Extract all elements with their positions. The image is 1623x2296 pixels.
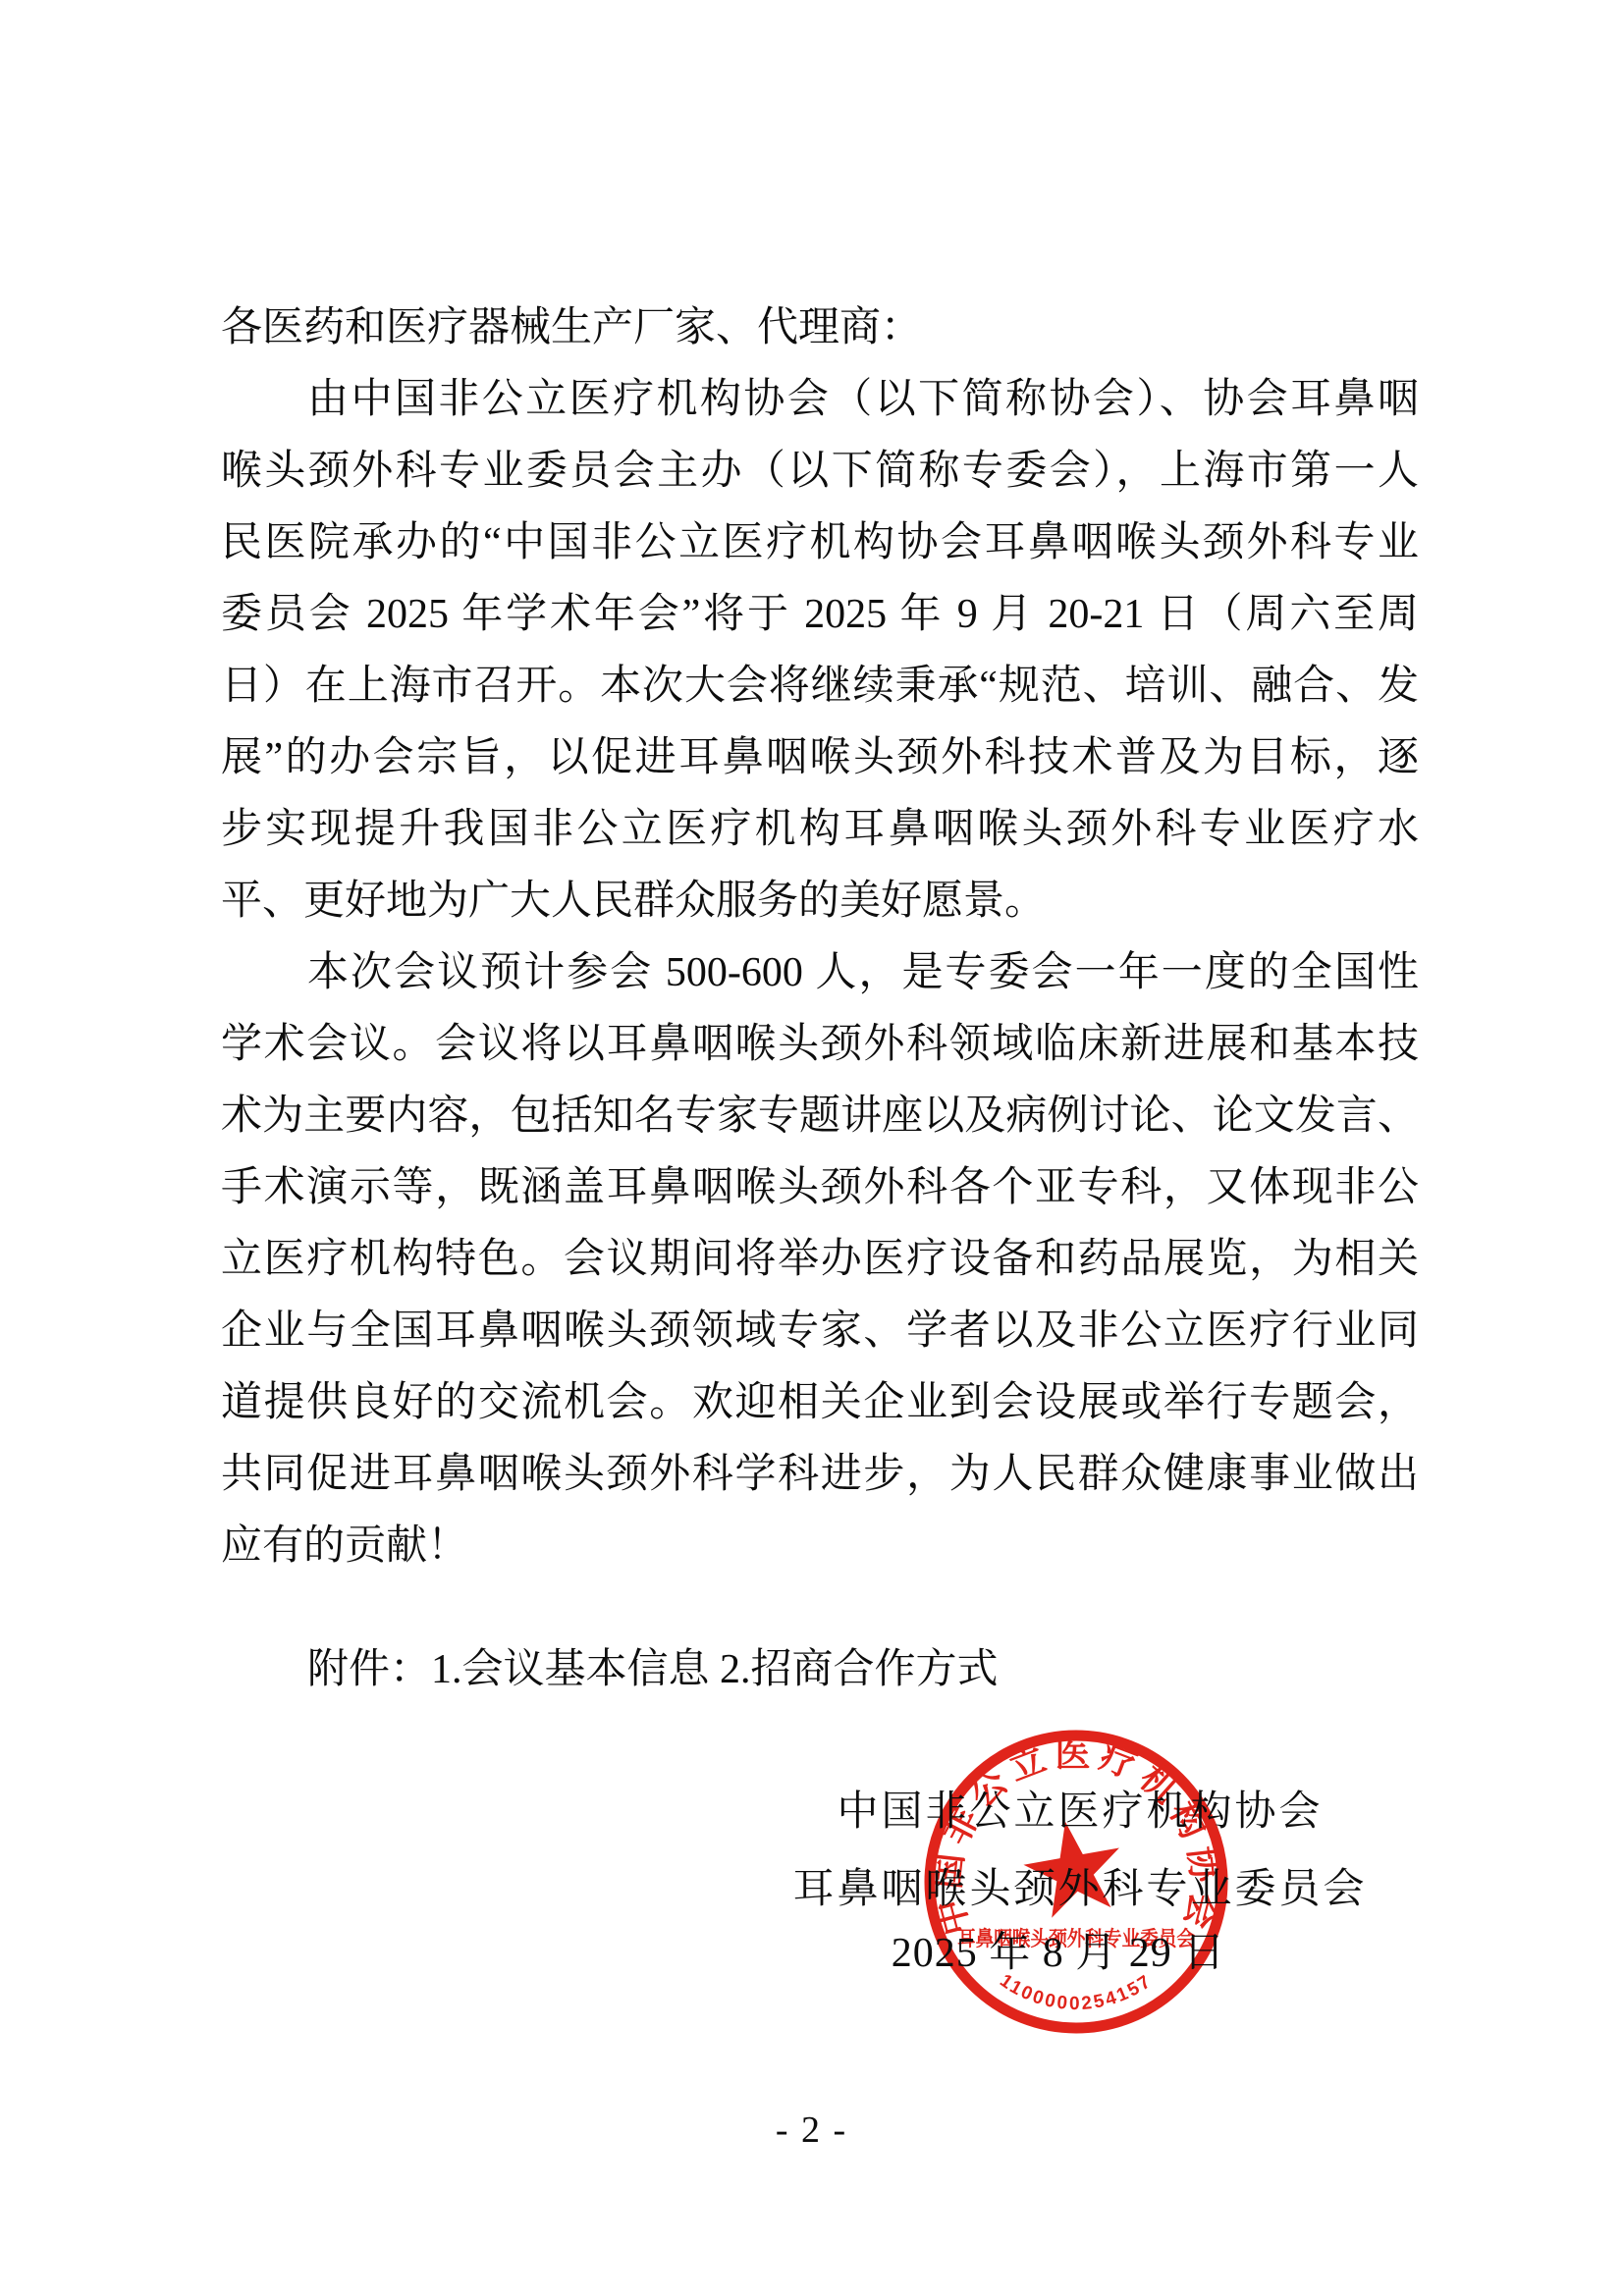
page-number: - 2 -	[0, 2109, 1623, 2152]
salutation: 各医药和医疗器械生产厂家、代理商：	[221, 293, 1419, 364]
body-line: 平、更好地为广大人民群众服务的美好愿景。	[221, 866, 1419, 937]
body-line: 立医疗机构特色。会议期间将举办医疗设备和药品展览，为相关	[221, 1224, 1419, 1296]
body-line: 学术会议。会议将以耳鼻咽喉头颈外科领域临床新进展和基本技	[221, 1009, 1419, 1081]
signature-org-line2: 耳鼻咽喉头颈外科专业委员会	[776, 1862, 1384, 1917]
body-line: 道提供良好的交流机会。欢迎相关企业到会设展或举行专题会，	[221, 1367, 1419, 1439]
body-line: 手术演示等，既涵盖耳鼻咽喉头颈外科各个亚专科，又体现非公	[221, 1152, 1419, 1224]
body-line: 应有的贡献！	[221, 1511, 1419, 1582]
body-line: 步实现提升我国非公立医疗机构耳鼻咽喉头颈外科专业医疗水	[221, 794, 1419, 866]
signature-date: 2025 年 8 月 29 日	[754, 1926, 1363, 1981]
signature-org-line1: 中国非公立医疗机构协会	[776, 1785, 1384, 1840]
body-line: 民医院承办的“中国非公立医疗机构协会耳鼻咽喉头颈外科专业	[221, 507, 1419, 579]
body-line: 由中国非公立医疗机构协会（以下简称协会）、协会耳鼻咽	[221, 364, 1419, 436]
letter-body: 各医药和医疗器械生产厂家、代理商： 由中国非公立医疗机构协会（以下简称协会）、协…	[221, 293, 1419, 1582]
body-line: 术为主要内容，包括知名专家专题讲座以及病例讨论、论文发言、	[221, 1081, 1419, 1152]
document-page: { "letter": { "lines": [ "各医药和医疗器械生产厂家、代…	[0, 0, 1623, 2296]
body-line: 委员会 2025 年学术年会”将于 2025 年 9 月 20-21 日（周六至…	[221, 579, 1419, 651]
body-line: 展”的办会宗旨，以促进耳鼻咽喉头颈外科技术普及为目标，逐	[221, 722, 1419, 794]
body-line: 共同促进耳鼻咽喉头颈外科学科进步，为人民群众健康事业做出	[221, 1439, 1419, 1511]
attachment-line: 附件：1.会议基本信息 2.招商合作方式	[221, 1642, 1419, 1697]
body-line: 企业与全国耳鼻咽喉头颈领域专家、学者以及非公立医疗行业同	[221, 1296, 1419, 1367]
body-line: 本次会议预计参会 500-600 人，是专委会一年一度的全国性	[221, 937, 1419, 1009]
body-line: 日）在上海市召开。本次大会将继续秉承“规范、培训、融合、发	[221, 651, 1419, 722]
body-line: 喉头颈外科专业委员会主办（以下简称专委会），上海市第一人	[221, 436, 1419, 507]
